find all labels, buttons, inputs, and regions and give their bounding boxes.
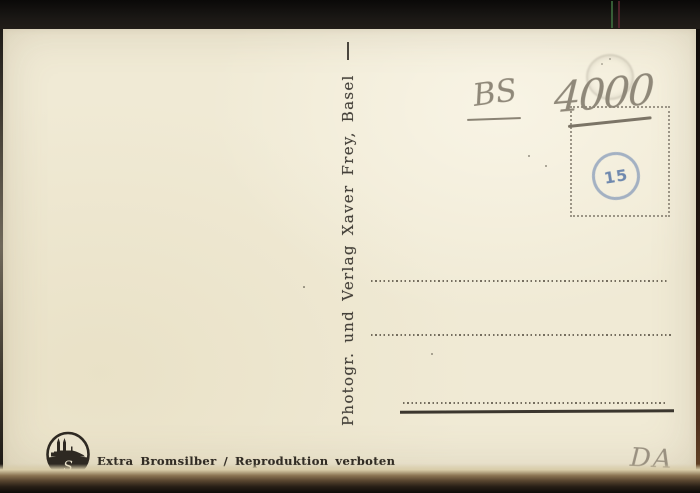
address-line-1 xyxy=(371,280,668,282)
address-line-2 xyxy=(371,334,671,336)
dust-speck xyxy=(609,58,611,60)
dust-speck xyxy=(601,63,603,65)
address-line-solid xyxy=(400,409,674,413)
address-line-3 xyxy=(403,402,666,404)
postcard-scan: Photogr. und Verlag Xaver Frey, Basel 15… xyxy=(0,0,700,493)
handwritten-number: 4000 xyxy=(553,69,654,120)
control-stamp-number: 15 xyxy=(603,165,630,188)
publisher-imprint: Photogr. und Verlag Xaver Frey, Basel xyxy=(336,96,360,426)
handwritten-code-top-left: BS xyxy=(471,75,519,112)
scan-border-left xyxy=(0,0,3,493)
scan-border-top xyxy=(0,0,700,29)
scan-border-bottom xyxy=(0,464,700,493)
dust-speck xyxy=(545,165,547,167)
postcard-back: Photogr. und Verlag Xaver Frey, Basel 15… xyxy=(3,28,696,470)
publisher-text: Photogr. und Verlag Xaver Frey, Basel xyxy=(339,74,357,426)
scan-artifact-green-line xyxy=(611,1,613,28)
dust-speck xyxy=(431,353,433,355)
imprint-rule xyxy=(347,42,349,60)
dust-speck xyxy=(528,155,530,157)
handwritten-underline-code xyxy=(467,117,521,121)
scan-border-right xyxy=(696,0,700,493)
dust-speck xyxy=(303,286,305,288)
scan-artifact-maroon-line xyxy=(618,1,620,28)
